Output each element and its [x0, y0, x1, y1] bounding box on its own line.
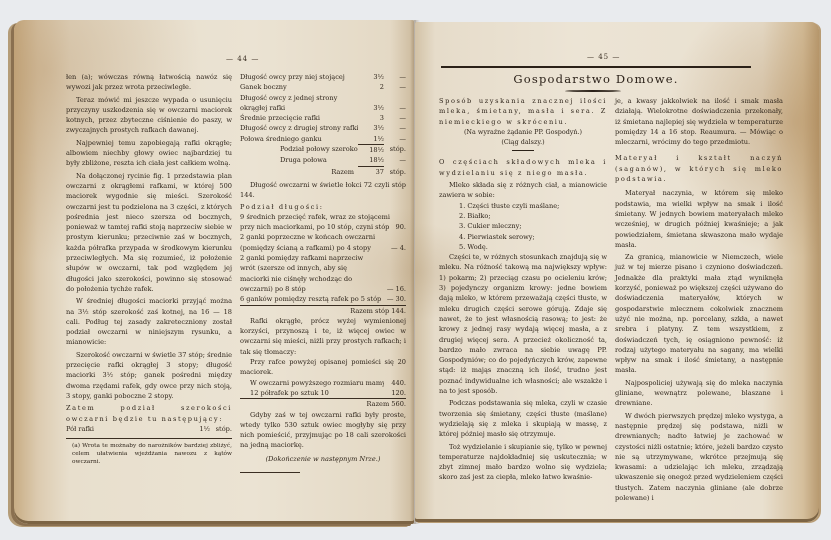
paragraph: je, a kwasy jakkolwiek na ilość i smak m…	[615, 96, 783, 147]
paragraph: Za granicą, mianowicie w Niemczech, wiel…	[615, 252, 783, 376]
row-value: 2	[358, 82, 384, 92]
section-title: Gospodarstwo Domowe.	[441, 74, 751, 84]
row-label: 2 ganki pomiędzy rafkami naprzeciw wrót …	[240, 253, 384, 294]
right-page-column-1: Sposób uzyskania znacznej ilości mleka, …	[439, 96, 607, 483]
row-value: 3½	[358, 123, 384, 133]
row-value: — 4.	[384, 243, 406, 253]
subheading: Materyał i kształt naczyń (saganów), w k…	[615, 153, 783, 184]
paragraph: Teraz mówić mi jeszcze wypada o usunięci…	[66, 95, 232, 136]
row-value: 18½	[358, 155, 384, 166]
width-row: Połowa średniego ganku 1½ —	[240, 134, 406, 144]
width-row: Długość owcy z drugiej strony rafki 3½ —	[240, 123, 406, 133]
row-unit: —	[384, 82, 406, 92]
row-label: 2 ganki poprzeczne w końcach owczarni (p…	[240, 232, 384, 253]
row-value: 3	[358, 113, 384, 123]
list-item: 4. Pierwiastek serowy;	[459, 232, 607, 242]
list-item: 3. Cukier mleczny;	[459, 221, 607, 231]
row-unit: —	[384, 134, 406, 144]
row-unit: stóp.	[384, 167, 406, 177]
paragraph: Najpewniej temu zapobiegają rafki okrągł…	[66, 138, 232, 169]
half-width-row: Podział połowy szerokości 18½ stóp.	[240, 144, 406, 155]
row-label: Połowa średniego ganku	[240, 134, 358, 144]
half-rafka-row: Pół rafki 1½ stóp.	[66, 424, 232, 434]
paragraph: łen (a); wówczas równą łatwością nawóz s…	[66, 72, 232, 93]
continuation-note: (Dokończenie w następnym Nrze.)	[240, 454, 406, 464]
paragraph: Podczas podstawania się mleka, czyli w c…	[439, 398, 607, 439]
row-label: Pół rafki	[66, 424, 184, 434]
title-ornament-rule	[565, 90, 621, 92]
header-rule	[441, 66, 751, 68]
size-total: Razem 560.	[240, 399, 406, 409]
right-page: — 45 — Gospodarstwo Domowe. Sposób uzysk…	[415, 22, 819, 522]
row-label: 9 średnich przecięć rafek, wraz ze stoją…	[240, 212, 390, 233]
paragraph: Przy rafce powyżej opisanej pomieści się…	[240, 357, 406, 378]
row-unit: —	[384, 155, 406, 166]
footnote: (a) Wrota te możnaby do narożników bardz…	[66, 442, 232, 466]
row-value: 3½	[358, 72, 384, 82]
paragraph: W dwóch pierwszych prędzej mleko wystyga…	[615, 411, 783, 504]
division-heading: Zatem podział szerokości owczarni będzie…	[66, 403, 232, 424]
length-heading: Podział długości:	[240, 202, 406, 212]
row-label: Ganek boczny	[240, 82, 358, 92]
length-row: 2 ganki pomiędzy rafkami naprzeciw wrót …	[240, 253, 406, 294]
row-value: 18½	[358, 144, 384, 155]
row-label: Razem	[330, 167, 358, 177]
row-label: Długość owcy przy niej stojącej	[240, 72, 358, 82]
row-label: W owczarni powyższego rozmiaru mamy cały…	[250, 378, 384, 388]
paragraph: Materyał naczynia, w którem się mleko po…	[615, 188, 783, 250]
row-label: Długość owcy z drugiej strony rafki	[240, 123, 358, 133]
row-value: 120.	[384, 388, 406, 398]
size-row: 12 półrafek po sztuk 10 120.	[240, 388, 406, 399]
row-label: 6 ganków pomiędzy resztą rafek po 5 stóp	[240, 294, 384, 304]
size-row: W owczarni powyższego rozmiaru mamy cały…	[240, 378, 406, 388]
row-unit: —	[384, 123, 406, 133]
paragraph: W średniej długości maciorki przyjąć moż…	[66, 296, 232, 347]
row-unit: stóp.	[210, 424, 232, 434]
open-book: — 44 — łen (a); wówczas równą łatwością …	[14, 14, 820, 524]
length-total: Razem stóp 144.	[240, 306, 406, 316]
paragraph: Gdyby zaś w tej owczarni rafki były pros…	[240, 410, 406, 451]
row-value: 440.	[384, 378, 406, 388]
article-rule	[512, 150, 534, 151]
end-rule	[240, 472, 300, 473]
length-row: 6 ganków pomiędzy resztą rafek po 5 stóp…	[240, 294, 406, 305]
row-value: 3½	[358, 103, 384, 113]
width-row: Ganek boczny 2 —	[240, 82, 406, 92]
row-value: 1½	[184, 424, 210, 434]
second-half-row: Druga połowa 18½ —	[240, 155, 406, 166]
page-number-44: — 44 —	[226, 54, 259, 64]
paragraph: Szerokość owczarni w świetle 37 stóp; śr…	[66, 350, 232, 401]
continued-note: (Ciąg dalszy.)	[439, 137, 607, 147]
list-item: 5. Wodę.	[459, 242, 607, 252]
row-value: — 30.	[384, 294, 406, 304]
footnote-rule	[66, 438, 232, 439]
right-page-column-2: je, a kwasy jakkolwiek na ilość i smak m…	[615, 96, 783, 503]
length-row: 9 średnich przecięć rafek, wraz ze stoją…	[240, 212, 406, 233]
list-item: 2. Białko;	[459, 211, 607, 221]
row-value: — 16.	[384, 284, 406, 294]
row-unit: —	[384, 72, 406, 82]
width-row: Długość owcy z jednej strony okrągłej ra…	[240, 93, 406, 114]
components-list: 1. Części tłuste czyli maślane; 2. Białk…	[439, 201, 607, 252]
row-value: 90.	[390, 222, 406, 232]
row-unit: stóp.	[384, 144, 406, 155]
row-value: 37	[358, 167, 384, 177]
paragraph: Toż wydzielanie i skupianie się, tylko w…	[439, 442, 607, 483]
width-row: Średnie przecięcie rafki 3 —	[240, 113, 406, 123]
row-unit: —	[384, 113, 406, 123]
paragraph: Części te, w różnych stosunkach znajdują…	[439, 252, 607, 396]
list-item: 1. Części tłuste czyli maślane;	[459, 201, 607, 211]
row-value: 1½	[358, 134, 384, 144]
paragraph: Rafki okrągłe, prócz wyżej wymienionej k…	[240, 316, 406, 357]
row-label: 12 półrafek po sztuk 10	[250, 388, 384, 398]
page-number-45: — 45 —	[587, 52, 620, 62]
total-row: Razem 37 stóp.	[240, 167, 406, 177]
article-title: Sposób uzyskania znacznej ilości mleka, …	[439, 96, 607, 127]
row-label: Podział połowy szerokości	[280, 144, 358, 155]
left-page: — 44 — łen (a); wówczas równą łatwością …	[14, 20, 414, 524]
subheading: O częściach składowych mleka i wydzielan…	[439, 157, 607, 178]
row-label: Średnie przecięcie rafki	[240, 113, 358, 123]
row-unit: —	[384, 103, 406, 113]
paragraph: Na dołączonej rycinie fig. 1 przedstawia…	[66, 171, 232, 295]
paragraph: Mleko składa się z różnych ciał, a miano…	[439, 180, 607, 201]
row-label: Druga połowa	[280, 155, 358, 166]
left-page-column-2: Długość owcy przy niej stojącej 3½ — Gan…	[240, 72, 406, 473]
width-row: Długość owcy przy niej stojącej 3½ —	[240, 72, 406, 82]
left-page-column-1: łen (a); wówczas równą łatwością nawóz s…	[66, 72, 232, 466]
paragraph: Długość owczarni w świetle łokci 72 czyl…	[240, 180, 406, 201]
row-label: Długość owcy z jednej strony okrągłej ra…	[240, 93, 358, 114]
length-row: 2 ganki poprzeczne w końcach owczarni (p…	[240, 232, 406, 253]
request-note: (Na wyraźne żądanie PP. Gospodyń.)	[439, 127, 607, 137]
paragraph: Najpospoliciej używają się do mleka nacz…	[615, 378, 783, 409]
